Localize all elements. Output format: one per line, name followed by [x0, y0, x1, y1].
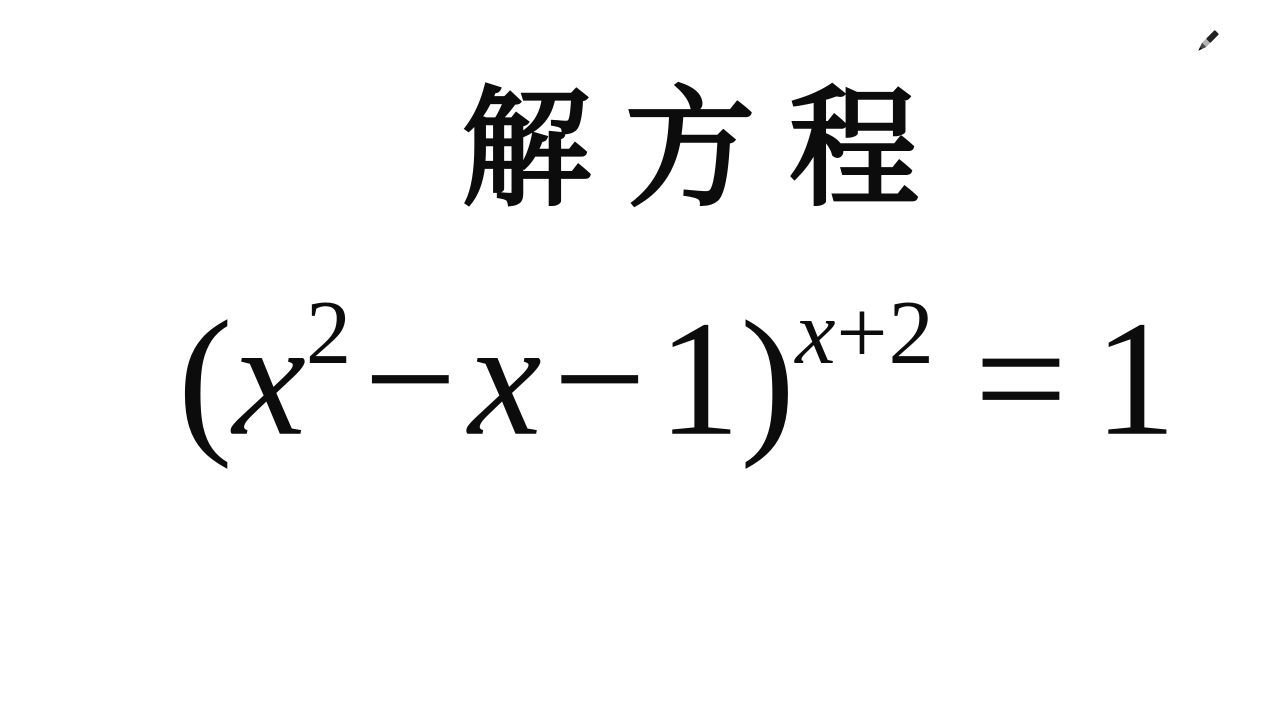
exponent-expression: x+2 — [795, 282, 935, 383]
rhs-one: 1 — [1094, 287, 1177, 470]
exponent-variable-x: x — [795, 282, 836, 383]
exponent-number-two: 2 — [888, 282, 934, 383]
page-title: 解方程 — [0, 80, 1280, 223]
equation: (x2−x−1)x+2=1 — [0, 288, 1280, 461]
open-paren: ( — [178, 287, 233, 470]
constant-one: 1 — [658, 287, 741, 470]
minus-operator-second: − — [553, 287, 646, 470]
equals-sign: = — [974, 287, 1067, 470]
exponent-squared: 2 — [306, 282, 352, 383]
minus-operator-first: − — [364, 287, 457, 470]
variable-x-second: x — [468, 287, 541, 470]
exponent-plus-sign: + — [836, 282, 888, 383]
variable-x-first: x — [233, 287, 306, 470]
close-paren: ) — [740, 287, 795, 470]
pencil-icon — [1193, 27, 1221, 57]
